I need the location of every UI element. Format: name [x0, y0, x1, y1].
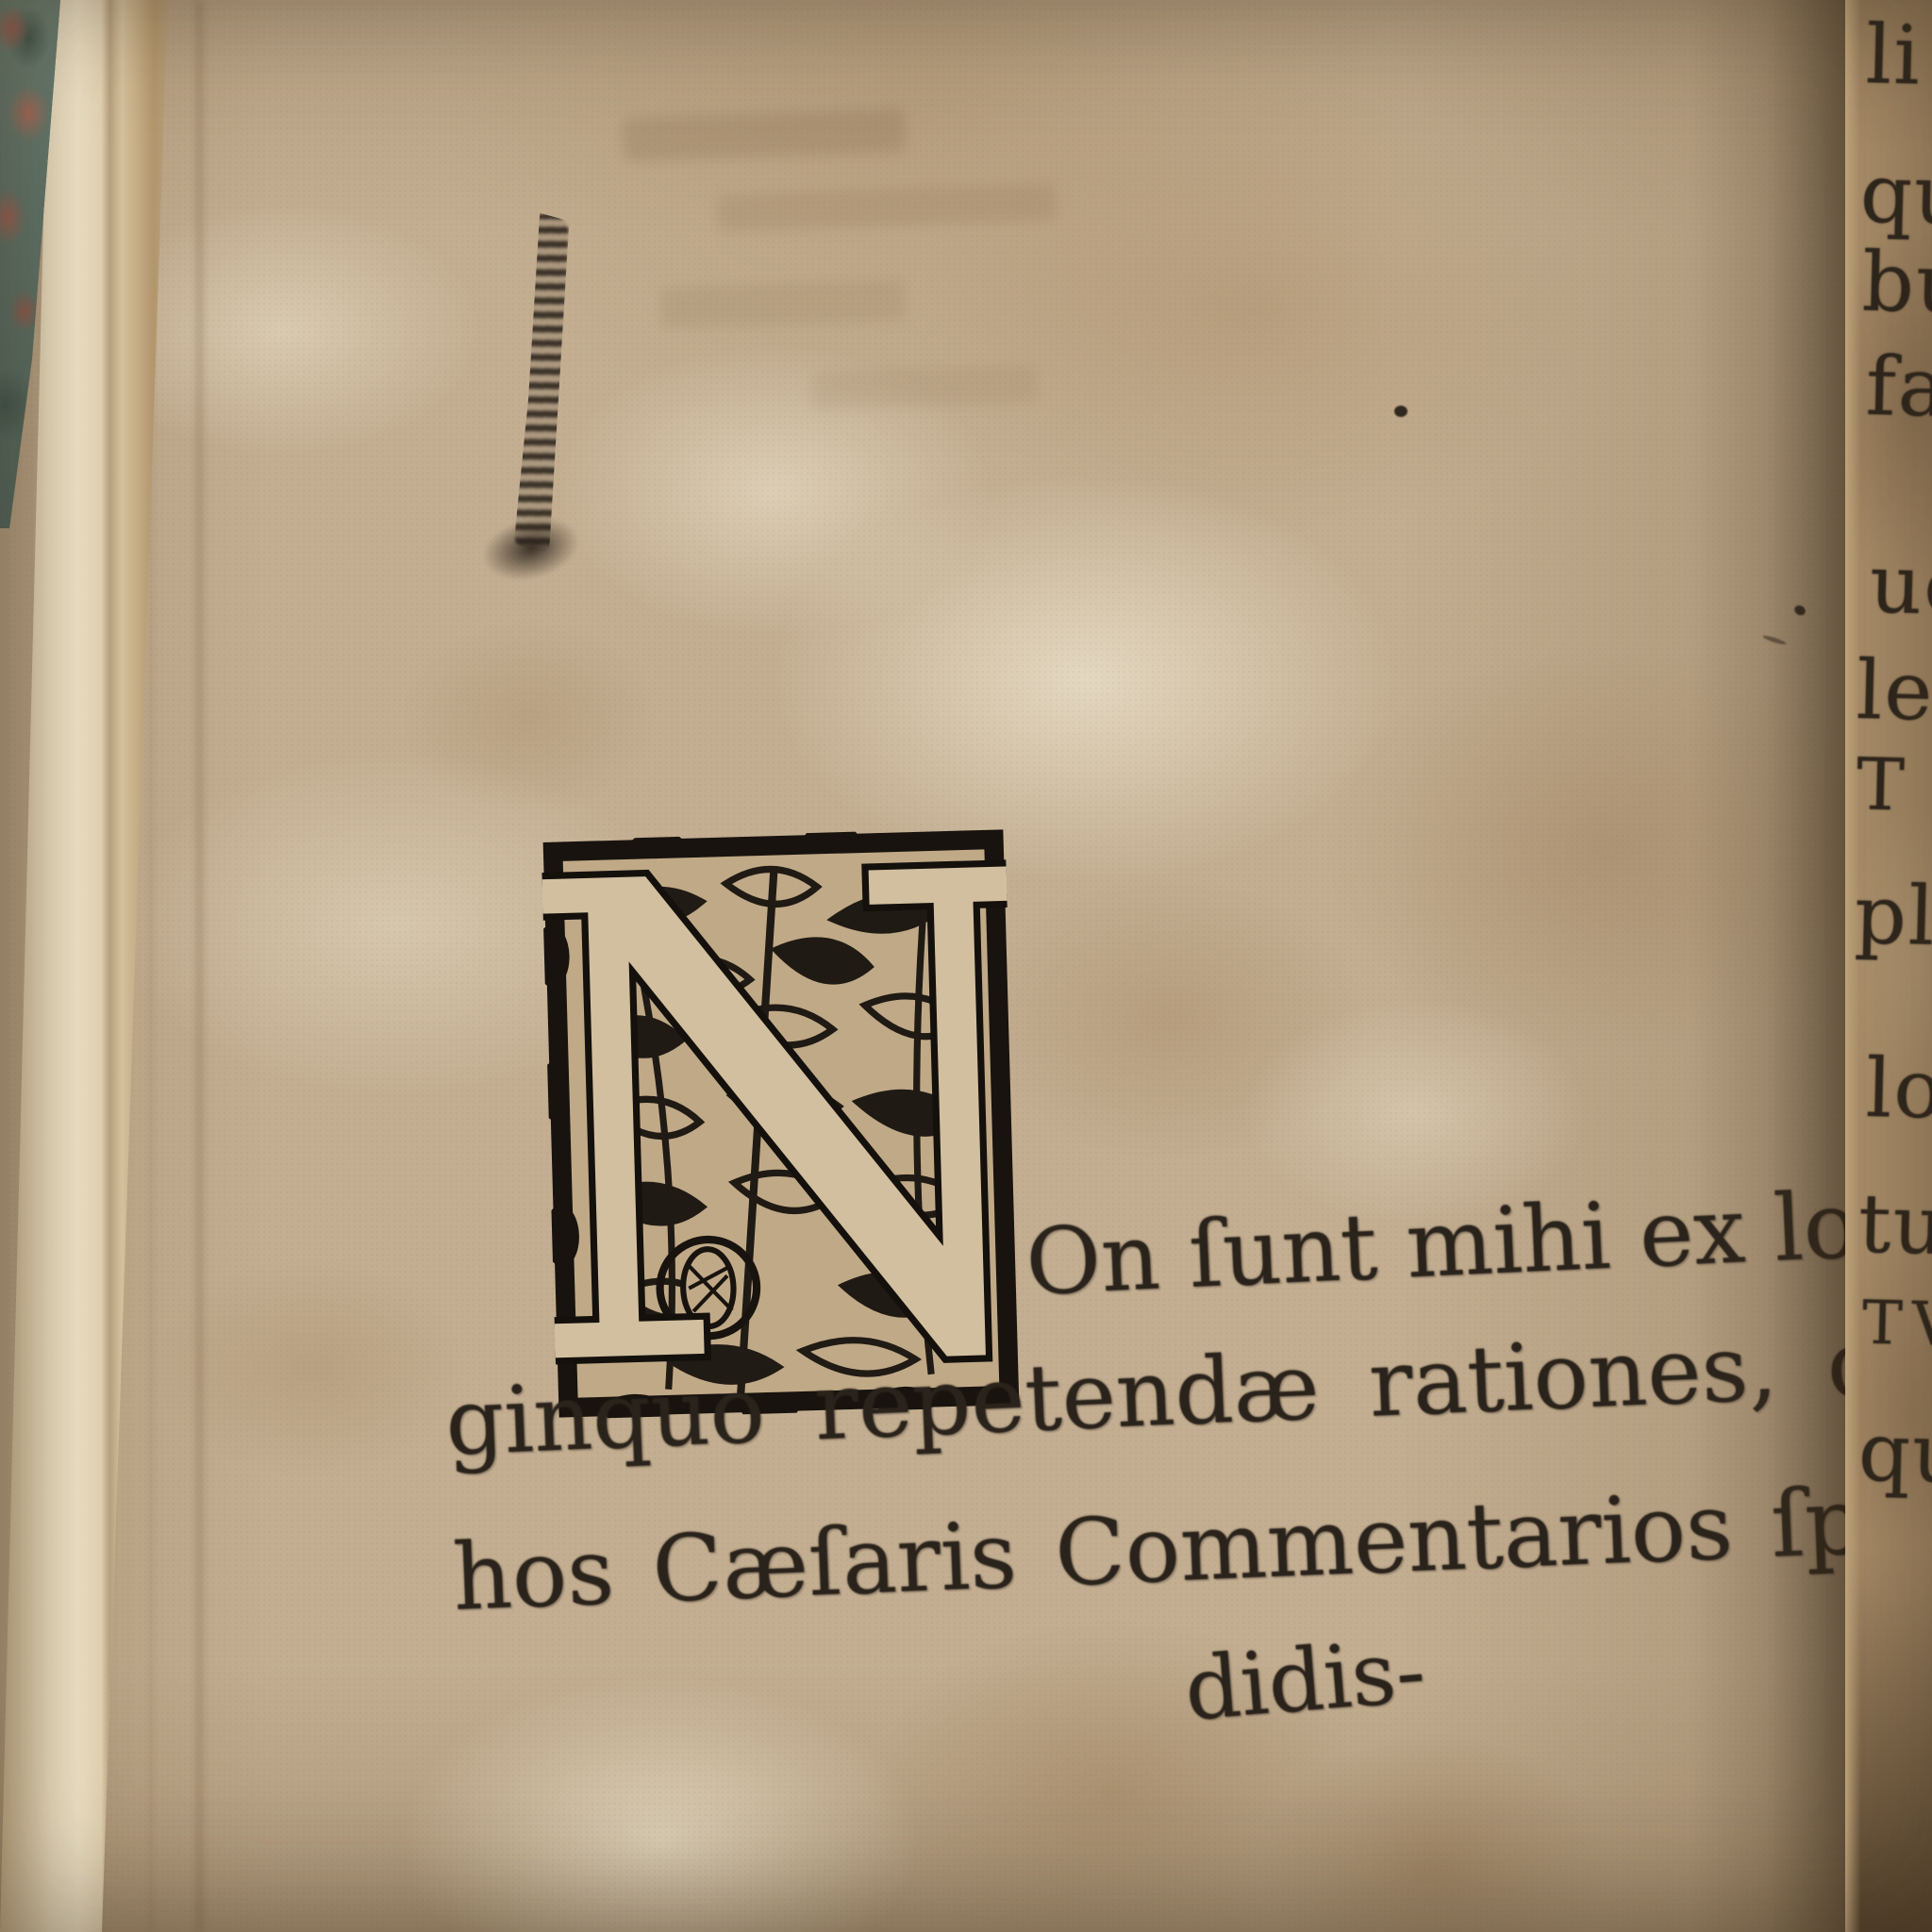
facing-page-text-fragment: T [1856, 748, 1907, 821]
facing-page-text-fragment: lo [1865, 1048, 1932, 1131]
facing-page-text-fragment: ue [1869, 544, 1932, 628]
woodcut-initial: N [541, 827, 1022, 1419]
ink-speck [1394, 406, 1407, 417]
book-photo: N On ſunt mihi ex lon- ginquo repetendæ … [0, 0, 1932, 1932]
facing-page-text-fragment: tu [1857, 1184, 1932, 1267]
page-crease [196, 0, 203, 1932]
facing-page-text-fragment: bu [1861, 242, 1932, 326]
facing-page-text-fragment: li [1865, 14, 1923, 96]
facing-page-text-fragment: fa [1865, 346, 1932, 429]
text-line: didis- [1181, 1617, 1473, 1762]
show-through-ghost [810, 364, 1038, 409]
show-through-ghost [659, 278, 906, 328]
facing-page-text-fragment: TV [1861, 1293, 1932, 1357]
drop-cap-letter: N [541, 827, 1022, 1419]
gutter-fold-shadow [1689, 0, 1858, 1932]
facing-page-text-fragment: qu [1859, 154, 1932, 238]
facing-page-text-fragment: le [1856, 650, 1932, 733]
facing-page-strip: li qu bu fa ue le T pl lo tu TV qu [1845, 0, 1932, 1932]
facing-page-text-fragment: qu [1857, 1412, 1932, 1496]
facing-page-text-fragment: pl [1854, 874, 1932, 958]
